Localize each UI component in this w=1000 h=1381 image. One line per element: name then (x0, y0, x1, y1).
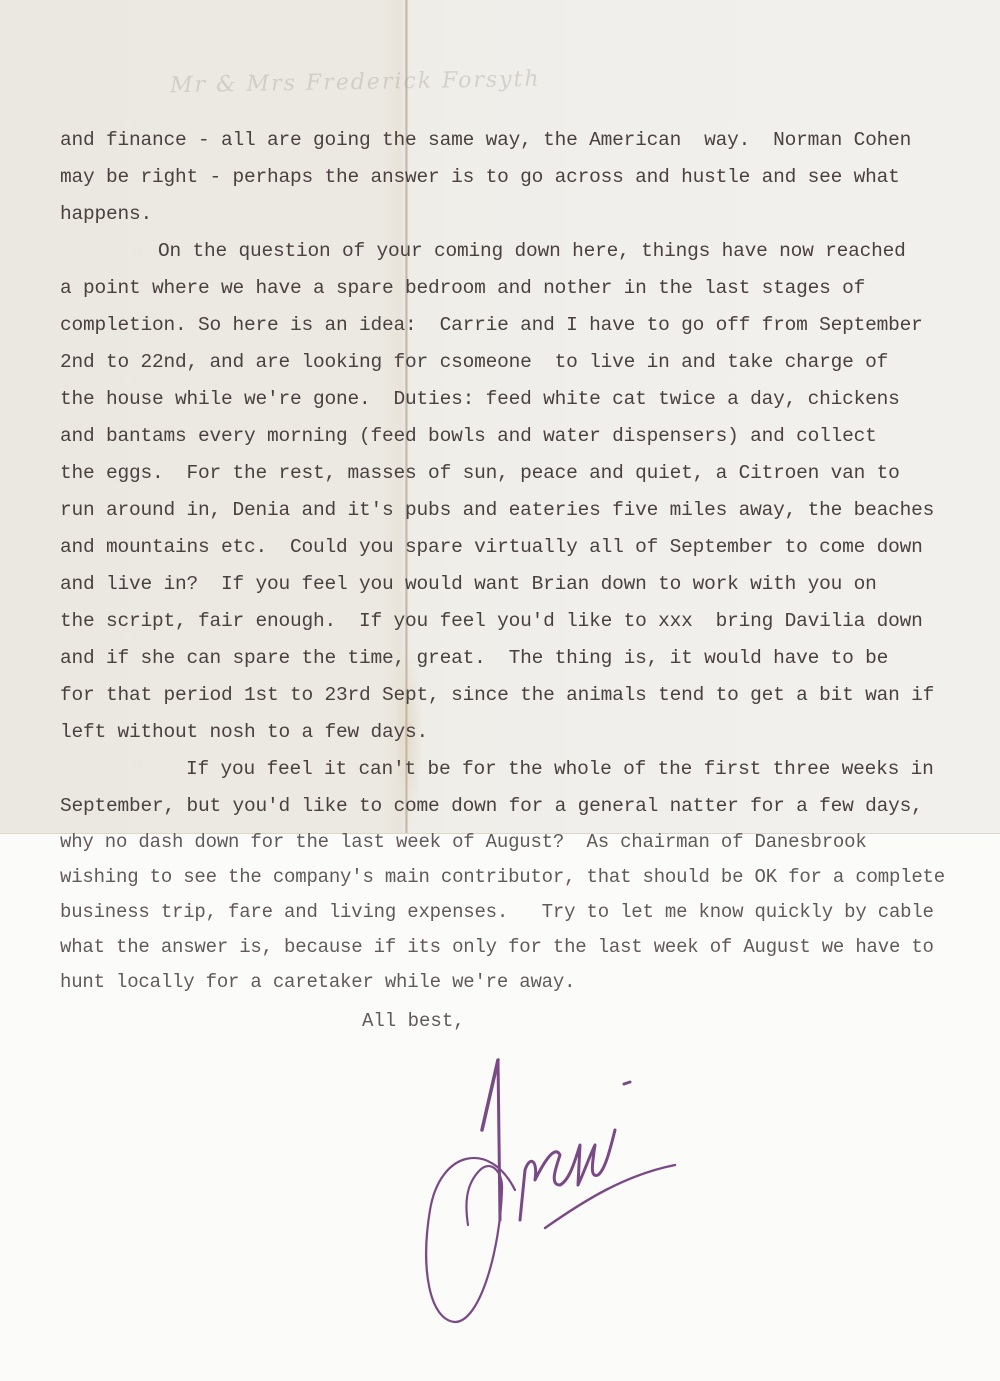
text-line: and if she can spare the time, great. Th… (60, 640, 990, 677)
text-line: may be right - perhaps the answer is to … (60, 159, 990, 196)
text-line: run around in, Denia and it's pubs and e… (60, 492, 990, 529)
text-line: left without nosh to a few days. (60, 714, 990, 751)
signature-freddie (410, 1050, 680, 1330)
text-line: and bantams every morning (feed bowls an… (60, 418, 990, 455)
letter-body: and finance - all are going the same way… (60, 122, 990, 1000)
paragraph-start-line: On the question of your coming down here… (60, 233, 990, 270)
text-line: a point where we have a spare bedroom an… (60, 270, 990, 307)
letter-page: Mr & Mrs Frederick Forsyth and finance -… (0, 0, 1000, 1381)
text-line: and mountains etc. Could you spare virtu… (60, 529, 990, 566)
text-line: hunt locally for a caretaker while we're… (60, 965, 990, 1000)
text-line: what the answer is, because if its only … (60, 930, 990, 965)
text-line: for that period 1st to 23rd Sept, since … (60, 677, 990, 714)
text-line: the house while we're gone. Duties: feed… (60, 381, 990, 418)
text-line: and live in? If you feel you would want … (60, 566, 990, 603)
text-line: happens. (60, 196, 990, 233)
text-line: the eggs. For the rest, masses of sun, p… (60, 455, 990, 492)
closing-salutation: All best, (362, 1010, 465, 1032)
text-line: the script, fair enough. If you feel you… (60, 603, 990, 640)
paragraph-start-line: If you feel it can't be for the whole of… (60, 751, 990, 788)
text-line: why no dash down for the last week of Au… (60, 825, 990, 860)
text-line: business trip, fare and living expenses.… (60, 895, 990, 930)
text-line: completion. So here is an idea: Carrie a… (60, 307, 990, 344)
text-line: 2nd to 22nd, and are looking for csomeon… (60, 344, 990, 381)
text-line: September, but you'd like to come down f… (60, 788, 990, 825)
text-line: wishing to see the company's main contri… (60, 860, 990, 895)
text-line: and finance - all are going the same way… (60, 122, 990, 159)
